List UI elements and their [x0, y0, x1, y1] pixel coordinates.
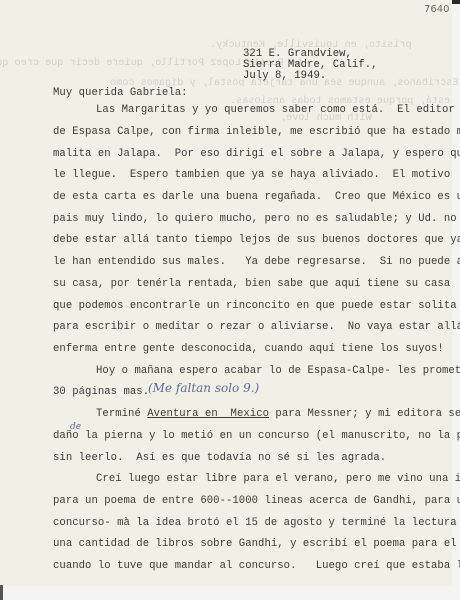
body-line: Las Margaritas y yo queremos saber como … [96, 104, 455, 116]
handwritten-margin-note: (Me faltan solo 9.) [148, 381, 259, 395]
body-line-with-title: Terminé Aventura en Mexico para Messner;… [96, 408, 460, 420]
body-line: concurso- mà la idea brotó el 15 de agos… [53, 517, 460, 529]
body-line: de Espasa Calpe, con firma inleible, me … [53, 126, 460, 138]
body-line: Creí luego estar libre para el verano, p… [96, 473, 460, 485]
salutation: Muy querida Gabriela: [53, 87, 188, 99]
letter-date: July 8, 1949. [243, 71, 326, 82]
body-line: una cantidad de libros sobre Gandhi, y e… [53, 538, 460, 550]
body-line: de esta carta es darle una buena regañad… [53, 191, 460, 203]
body-line: sin leerlo. Así es que todavía no sé si … [53, 452, 386, 464]
body-line: pais muy lindo, lo quiero mucho, pero no… [53, 213, 457, 225]
book-title-underlined: Aventura en Mexico [147, 408, 269, 420]
body-line: para escribir o meditar o rezar o alivia… [53, 321, 460, 333]
body-line: Hoy o mañana espero acabar lo de Espasa-… [96, 365, 460, 377]
letter-page: 7640 prisito, en Louisville, Kentucky. L… [0, 0, 452, 586]
body-line: su casa, por tenérla rentada, bien sabe … [53, 278, 460, 290]
scan-corner-shadow [452, 0, 460, 4]
body-line: para un poema de entre 600--1000 lineas … [53, 495, 460, 507]
body-line: enferma entre gente desconocida, cuando … [53, 343, 444, 355]
body-line: daño la pierna y lo metió en un concurso… [53, 430, 460, 442]
archive-number: 7640 [424, 4, 449, 15]
body-line: le han entendido sus males. Ya debe regr… [53, 256, 460, 268]
body-line: que podemos encontrarle un rinconcito en… [53, 300, 457, 312]
body-line: malita en Jalapa. Por eso dirigí el sobr… [53, 148, 460, 160]
body-line: cuando lo tuve que mandar al concurso. L… [53, 560, 460, 572]
body-text: Terminé [96, 408, 147, 420]
body-line: le llegue. Espero tambien que ya se haya… [53, 169, 450, 181]
body-line: 30 páginas mas. [53, 386, 149, 398]
body-line: debe estar allá tanto tiempo lejos de su… [53, 234, 460, 246]
scan-edge-shadow [0, 585, 3, 600]
body-text: para Messner; y mi editora se [269, 408, 460, 420]
